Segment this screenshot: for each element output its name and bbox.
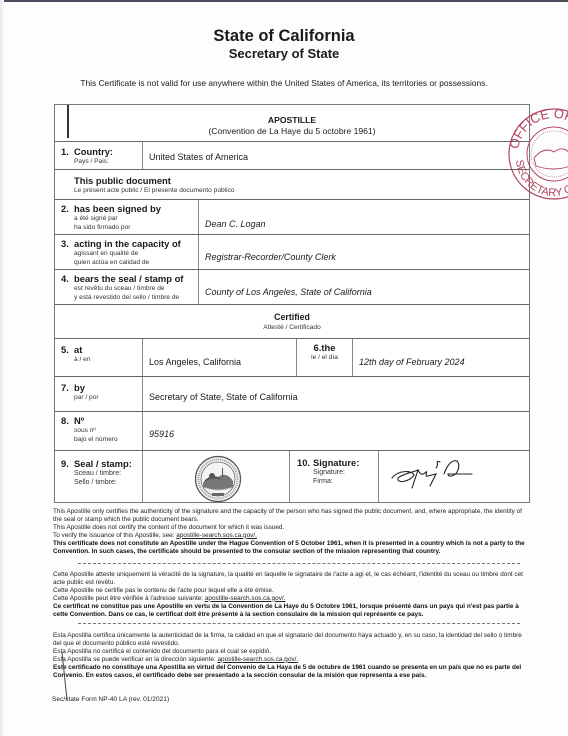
certified-heading: Certified Attesté / Certificado xyxy=(55,305,529,339)
field-public-document: This public document Le présent acte pub… xyxy=(55,170,529,200)
validity-notice: This Certificate is not valid for use an… xyxy=(0,78,568,88)
apostille-table: APOSTILLE (Convention de La Haye du 5 oc… xyxy=(54,104,530,503)
pen-mark xyxy=(67,105,69,138)
notes-french: Cette Apostille atteste uniquement la vé… xyxy=(53,571,525,618)
notes-spanish: Esta Apostilla certifica únicamente la a… xyxy=(53,632,525,679)
page-subtitle: Secretary of State xyxy=(0,46,568,61)
verify-link-fr[interactable]: apostille-search.sos.ca.gov/. xyxy=(205,595,286,602)
apostille-heading: APOSTILLE (Convention de La Haye du 5 oc… xyxy=(55,105,529,142)
divider xyxy=(78,623,520,624)
issuer-value: Secretary of State, State of California xyxy=(149,392,298,402)
field-number: 8.Nº sous nº bajo el número 95916 xyxy=(55,412,529,451)
handwritten-signature-icon xyxy=(388,452,478,492)
notes-english: This Apostille only certifies the authen… xyxy=(53,508,525,555)
field-place-date: 5.at à / en Los Angeles, California 6.th… xyxy=(55,339,529,377)
place-value: Los Angeles, California xyxy=(149,357,241,367)
apostille-number: 95916 xyxy=(149,429,174,439)
page-title: State of California xyxy=(0,27,568,46)
verify-link-es[interactable]: apostille-search.sos.ca.gov/. xyxy=(217,656,298,663)
field-by: 7.by par / por Secretary of State, State… xyxy=(55,377,529,412)
country-value: United States of America xyxy=(149,152,248,162)
field-country: 1.Country: Pays / Pais: United States of… xyxy=(55,142,529,170)
public-document-label: This public document xyxy=(74,175,235,186)
field-signed-by: 2.has been signed by a été signé par ha … xyxy=(55,200,529,235)
divider xyxy=(78,563,520,564)
field-seal-of: 4.bears the seal / stamp of est revêtu d… xyxy=(55,270,529,305)
capacity-value: Registrar-Recorder/County Clerk xyxy=(205,252,336,262)
country-label: Country: xyxy=(74,146,113,157)
state-seal-icon xyxy=(194,455,242,503)
signer-name: Dean C. Logan xyxy=(205,219,266,229)
form-id: Sec/state Form NP-40 LA (rev. 01/2021) xyxy=(52,696,169,703)
verify-link-en[interactable]: apostille-search.sos.ca.gov/. xyxy=(176,532,257,539)
field-capacity: 3.acting in the capacity of agissant en … xyxy=(55,235,529,270)
apostille-title: APOSTILLE xyxy=(55,105,529,125)
secretary-of-state-stamp-icon: OFFICE OF SECRETARY OF STATE xyxy=(506,106,568,202)
seal-of-value: County of Los Angeles, State of Californ… xyxy=(205,287,372,297)
convention-text: (Convention de La Haye du 5 octobre 1961… xyxy=(55,126,529,136)
scan-shadow xyxy=(0,0,4,736)
date-value: 12th day of February 2024 xyxy=(359,357,465,367)
scan-edge xyxy=(0,0,568,2)
svg-text:OFFICE OF: OFFICE OF xyxy=(506,106,568,150)
